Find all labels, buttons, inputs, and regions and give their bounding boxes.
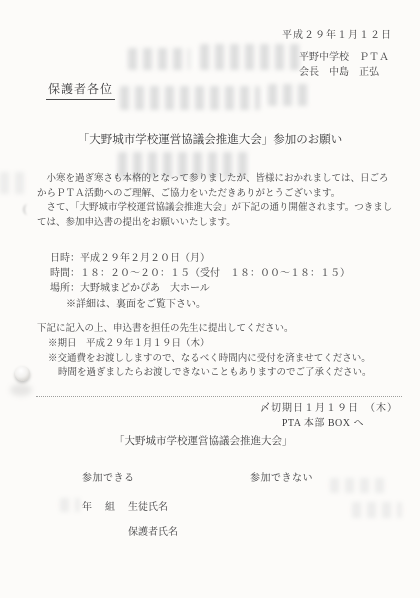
body-paragraphs: 小寒を過ぎ寒さも本格的となって参りましたが、皆様におかれましては、日ごろ からＰ… [37, 172, 399, 230]
bleedthrough-mark [128, 48, 190, 70]
submission-late-note: 時間を過ぎましたらお渡しできないこともありますのでご了承ください。 [58, 366, 372, 381]
event-time-line: 時間：１８：２０～２０：１５（受付 １８：００～１８：１５） [50, 266, 350, 281]
class-label: 組 [105, 498, 115, 513]
punch-hole-shadow [10, 384, 32, 396]
document-title: 「大野城市学校運営協議会推進大会」参加のお願い [0, 131, 420, 147]
cutoff-block: 〆切期日１月１９日 （木） PTA 本部 BOX へ [260, 401, 398, 431]
reply-form-title: 「大野城市学校運営協議会推進大会」 [114, 433, 293, 448]
cutoff-deadline: 〆切期日１月１９日 （木） [260, 401, 398, 416]
sender-organization: 平野中学校 ＰＴＡ [299, 50, 389, 65]
grade-label: 年 [82, 498, 92, 513]
sender-block: 平野中学校 ＰＴＡ 会長 中島 正弘 [299, 50, 389, 80]
submission-instructions: 下記に記入の上、申込書を担任の先生に提出してください。 ※期日 平成２９年１月１… [37, 322, 372, 381]
bleedthrough-mark [200, 44, 300, 70]
bleedthrough-mark [120, 86, 260, 110]
student-name-label: 生徒氏名 [128, 498, 168, 513]
cut-dotted-line [36, 396, 402, 397]
event-date-line: 日時：平成２９年２月２０日（月） [50, 251, 350, 266]
punch-hole [15, 366, 30, 381]
scanned-pta-letter: 平成２９年１月１２日 平野中学校 ＰＴＡ 会長 中島 正弘 保護者各位 「大野城… [0, 0, 420, 598]
scan-smudge [23, 204, 32, 215]
attend-option: 参加できる [82, 469, 135, 484]
bleedthrough-mark [60, 498, 80, 512]
sender-person: 会長 中島 正弘 [299, 65, 389, 80]
addressee: 保護者各位 [46, 80, 115, 100]
event-place-line: 場所：大野城まどかぴあ 大ホール [50, 281, 350, 296]
bleedthrough-mark [0, 172, 26, 194]
event-details: 日時：平成２９年２月２０日（月） 時間：１８：２０～２０：１５（受付 １８：００… [50, 251, 350, 312]
bleedthrough-mark [352, 502, 402, 518]
bleedthrough-mark [268, 84, 310, 106]
event-note-line: ※詳細は、裏面をご覧下さい。 [66, 297, 350, 312]
cutoff-destination: PTA 本部 BOX へ [260, 416, 398, 431]
submission-line: 下記に記入の上、申込書を担任の先生に提出してください。 [37, 322, 372, 337]
issue-date: 平成２９年１月１２日 [282, 26, 392, 41]
submission-fare-note: ※交通費をお渡ししますので、なるべく時間内に受付を済ませてください。 [48, 352, 372, 367]
submission-deadline: ※期日 平成２９年１月１９日（木） [48, 337, 372, 352]
bleedthrough-mark [330, 478, 388, 493]
guardian-name-label: 保護者氏名 [128, 523, 178, 538]
decline-option: 参加できない [250, 469, 313, 484]
